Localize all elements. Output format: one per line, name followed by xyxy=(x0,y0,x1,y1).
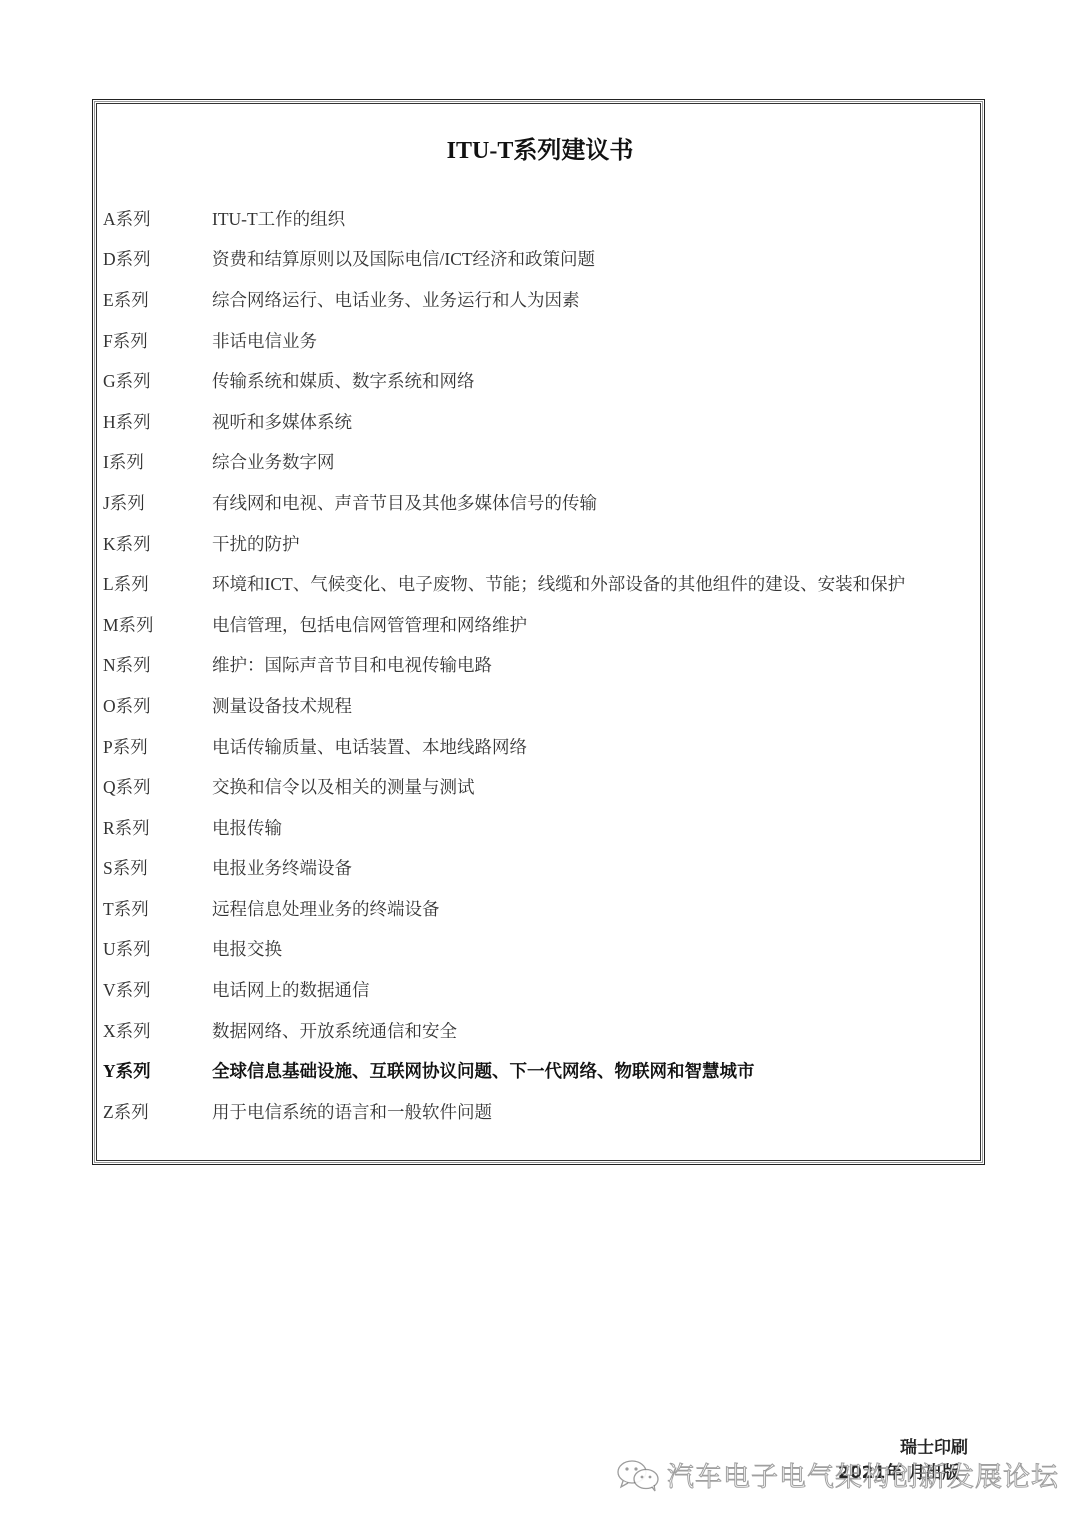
series-code: T系列 xyxy=(103,896,212,921)
series-row-m: M系列电信管理，包括电信网管管理和网络维护 xyxy=(103,604,905,645)
series-desc: 用于电信系统的语言和一般软件问题 xyxy=(212,1099,492,1124)
series-row-t: T系列远程信息处理业务的终端设备 xyxy=(103,888,905,929)
series-code: A系列 xyxy=(103,206,212,231)
series-row-d: D系列资费和结算原则以及国际电信/ICT经济和政策问题 xyxy=(103,239,905,280)
series-desc: 资费和结算原则以及国际电信/ICT经济和政策问题 xyxy=(212,246,595,271)
series-desc: 视听和多媒体系统 xyxy=(212,409,352,434)
series-desc: 数据网络、开放系统通信和安全 xyxy=(212,1018,457,1043)
series-code: G系列 xyxy=(103,368,212,393)
series-row-j: J系列有线网和电视、声音节目及其他多媒体信号的传输 xyxy=(103,482,905,523)
series-row-e: E系列综合网络运行、电话业务、业务运行和人为因素 xyxy=(103,279,905,320)
series-desc: 电报业务终端设备 xyxy=(212,855,352,880)
series-desc: 综合业务数字网 xyxy=(212,449,335,474)
series-desc: 远程信息处理业务的终端设备 xyxy=(212,896,440,921)
series-desc: 综合网络运行、电话业务、业务运行和人为因素 xyxy=(212,287,580,312)
series-desc: 有线网和电视、声音节目及其他多媒体信号的传输 xyxy=(212,490,597,515)
series-code: I系列 xyxy=(103,449,212,474)
series-desc: 维护：国际声音节目和电视传输电路 xyxy=(212,652,492,677)
series-code: X系列 xyxy=(103,1018,212,1043)
wechat-icon xyxy=(615,1458,661,1492)
watermark: 汽车电子电气架构创新发展论坛 xyxy=(615,1455,1059,1494)
series-desc: 传输系统和媒质、数字系统和网络 xyxy=(212,368,475,393)
series-code: E系列 xyxy=(103,287,212,312)
series-row-o: O系列测量设备技术规程 xyxy=(103,685,905,726)
series-row-n: N系列维护：国际声音节目和电视传输电路 xyxy=(103,645,905,686)
series-list: A系列ITU-T工作的组织 D系列资费和结算原则以及国际电信/ICT经济和政策问… xyxy=(103,198,905,1132)
series-desc: 环境和ICT、气候变化、电子废物、节能；线缆和外部设备的其他组件的建设、安装和保… xyxy=(212,571,905,596)
series-desc: 电话传输质量、电话装置、本地线路网络 xyxy=(212,734,527,759)
series-row-f: F系列非话电信业务 xyxy=(103,320,905,361)
series-row-u: U系列电报交换 xyxy=(103,929,905,970)
series-code: L系列 xyxy=(103,571,212,596)
watermark-text: 汽车电子电气架构创新发展论坛 xyxy=(667,1455,1059,1494)
series-desc: 全球信息基础设施、互联网协议问题、下一代网络、物联网和智慧城市 xyxy=(212,1058,755,1083)
series-desc: 电信管理，包括电信网管管理和网络维护 xyxy=(212,612,527,637)
series-code: Q系列 xyxy=(103,774,212,799)
series-code: O系列 xyxy=(103,693,212,718)
series-desc: 交换和信令以及相关的测量与测试 xyxy=(212,774,475,799)
series-desc: 干扰的防护 xyxy=(212,531,300,556)
series-desc: 电话网上的数据通信 xyxy=(212,977,370,1002)
series-code: V系列 xyxy=(103,977,212,1002)
series-row-q: Q系列交换和信令以及相关的测量与测试 xyxy=(103,766,905,807)
series-code: R系列 xyxy=(103,815,212,840)
document-title: ITU-T系列建议书 xyxy=(0,130,1080,165)
series-desc: 非话电信业务 xyxy=(212,328,317,353)
series-code: D系列 xyxy=(103,246,212,271)
series-row-g: G系列传输系统和媒质、数字系统和网络 xyxy=(103,360,905,401)
series-row-i: I系列综合业务数字网 xyxy=(103,442,905,483)
series-code: Y系列 xyxy=(103,1058,212,1083)
series-code: M系列 xyxy=(103,612,212,637)
series-code: U系列 xyxy=(103,936,212,961)
series-row-a: A系列ITU-T工作的组织 xyxy=(103,198,905,239)
series-code: H系列 xyxy=(103,409,212,434)
series-row-r: R系列电报传输 xyxy=(103,807,905,848)
series-desc: 电报交换 xyxy=(212,936,282,961)
series-desc: 测量设备技术规程 xyxy=(212,693,352,718)
series-code: S系列 xyxy=(103,855,212,880)
series-row-s: S系列电报业务终端设备 xyxy=(103,848,905,889)
series-desc: 电报传输 xyxy=(212,815,282,840)
series-row-x: X系列数据网络、开放系统通信和安全 xyxy=(103,1010,905,1051)
series-code: F系列 xyxy=(103,328,212,353)
series-code: N系列 xyxy=(103,652,212,677)
series-row-z: Z系列用于电信系统的语言和一般软件问题 xyxy=(103,1091,905,1132)
series-row-y-highlighted: Y系列全球信息基础设施、互联网协议问题、下一代网络、物联网和智慧城市 xyxy=(103,1050,905,1091)
series-code: K系列 xyxy=(103,531,212,556)
series-row-l: L系列环境和ICT、气候变化、电子废物、节能；线缆和外部设备的其他组件的建设、安… xyxy=(103,563,905,604)
series-code: P系列 xyxy=(103,734,212,759)
series-row-p: P系列电话传输质量、电话装置、本地线路网络 xyxy=(103,726,905,767)
series-row-h: H系列视听和多媒体系统 xyxy=(103,401,905,442)
series-row-k: K系列干扰的防护 xyxy=(103,523,905,564)
series-desc: ITU-T工作的组织 xyxy=(212,206,345,231)
series-code: Z系列 xyxy=(103,1099,212,1124)
series-row-v: V系列电话网上的数据通信 xyxy=(103,969,905,1010)
series-code: J系列 xyxy=(103,490,212,515)
